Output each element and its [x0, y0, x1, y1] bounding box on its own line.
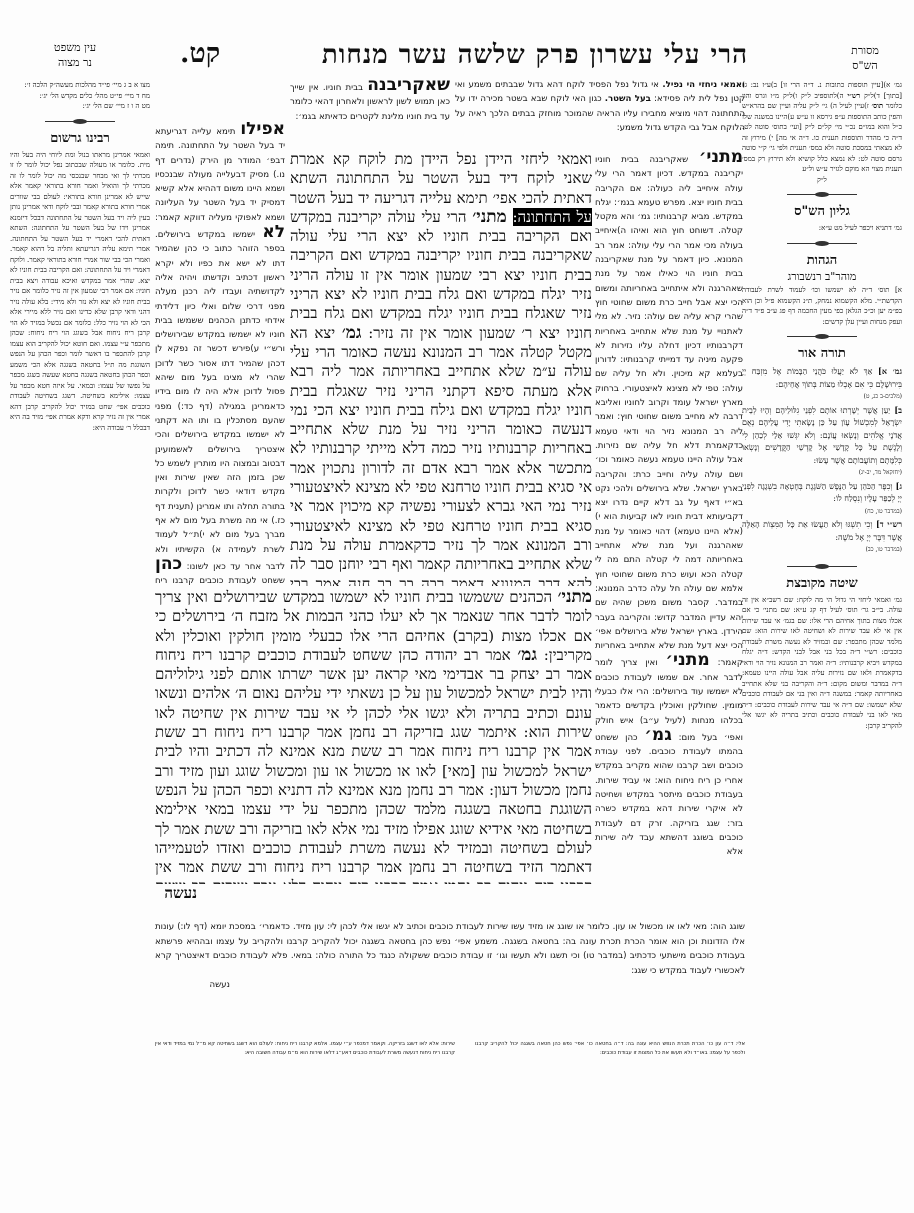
- tosafot-column: אפילו תימא עלייה דגריעתא יד בעל השטר על …: [155, 122, 285, 590]
- torah-or-entry: ב] יַעַן אֲשֶׁר יְשָׁרְתוּ אוֹתָם לִפְנֵ…: [742, 404, 902, 468]
- mesoret-hashas-label: מסורת הש"ס: [830, 43, 900, 73]
- footnote-right: אלי: ד״ה עון כו׳ הכרת תכרת הנפש ההיא עונ…: [475, 1040, 745, 1058]
- page-header: מסורת הש"ס הרי עלי עשרון פרק שלשה עשר מנ…: [0, 0, 914, 72]
- gilyon-hashas-title: גליון הש"ס: [742, 204, 902, 219]
- rashi-top-block: ואמאי ניחזי הי נפיל. אי גדול נפל הפסיד ל…: [455, 78, 745, 153]
- right-margin-column: גמ׳ א)[עיין תוספות כתובות נ. ד״ה הרי זו]…: [742, 80, 902, 731]
- torah-or-title: תורה אור: [742, 346, 902, 361]
- ornament-divider-icon: [787, 563, 857, 570]
- page-title: הרי עלי עשרון פרק שלשה עשר מנחות: [300, 40, 770, 70]
- gemara-tail: נעשה: [155, 884, 592, 906]
- torah-or-list: גמ׳ א] אַךְ לֹא יַעֲלוּ כֹּהֲנֵי הַבָּמו…: [742, 365, 902, 557]
- ein-mishpat-entry: מח ד מיי׳ פי״ט מהל׳ כלים מקדש הל׳ יג׳:: [10, 91, 150, 102]
- ein-mishpat-label: עין משפט נר מצוה: [20, 40, 130, 70]
- mesoret-hashas: גמ׳ א)[עיין תוספות כתובות נ. ד״ה הרי זו]…: [742, 80, 902, 175]
- ornament-divider-icon: [787, 191, 857, 198]
- rabbeinu-gershom-text: ואמאי אמרינן מראתו בנול ומת ליוחי היה בע…: [10, 150, 150, 434]
- rashi-column: מתני׳ שאקריבנה בבית חוניו יקריבנה במקדש.…: [595, 150, 743, 920]
- gemara-wide-block[interactable]: מתני׳ הכהנים ששמשו בבית חוניו לא ישמשו ב…: [155, 588, 592, 884]
- footnote-left: שירות: אלא לאו דשגג בזריקה. וקאמר דמכפר …: [155, 1040, 455, 1058]
- rashi-bottom-band: שוגג הוה: מאי לאו או מכשול או עון. כלומר…: [155, 920, 745, 993]
- torah-or-entry: גמ׳ א] אַךְ לֹא יַעֲלוּ כֹּהֲנֵי הַבָּמו…: [742, 365, 902, 391]
- hagahot-title: הגהות: [742, 253, 902, 268]
- shita-mekubetzet-title: שיטה מקובצת: [742, 576, 902, 591]
- ein-mishpat-entry: מצו א ב ג מיי׳ פי״ד מהלכות מעשה״ק הלכה ז…: [10, 80, 150, 91]
- ornament-divider-icon: [787, 333, 857, 340]
- gilyon-hashas-text: גמ׳ דתניא ויכפר לעיל מט ע״א:: [742, 223, 902, 234]
- left-margin-column: מצו א ב ג מיי׳ פי״ד מהלכות מעשה״ק הלכה ז…: [10, 80, 150, 433]
- ornament-divider-icon: [45, 118, 115, 125]
- shita-mekubetzet-text: גמ׳ ואמאי ליחזי הי גדול הי מה לוקח: שם ר…: [742, 595, 902, 732]
- hagahot-subtitle: מוהר"ב רנשבורג: [742, 272, 902, 283]
- ornament-divider-icon: [787, 240, 857, 247]
- torah-or-entry: רש״י ד] וְכִי תִשְׁגּוּ וְלֹא תַעֲשׂוּ א…: [742, 518, 902, 544]
- page-number: קט.: [180, 38, 220, 69]
- torah-or-entry: ג] וְכִפֶּר הַכֹּהֵן עַל הַנֶּפֶשׁ הַשֹּ…: [742, 480, 902, 506]
- text-selection-highlight[interactable]: על התחתונה:: [513, 208, 593, 226]
- ein-mishpat-entry: מט ה ו ז מיי׳ שם הל׳ יג׳:: [10, 101, 150, 112]
- rabbeinu-gershom-title: רבינו גרשום: [10, 131, 150, 146]
- hagahot-text: א] תוס׳ ד״ה לא ישמשו וכו׳ לעמוד לשרת לעב…: [742, 285, 902, 327]
- tosafot-top-block: שאקריבנה בבית חוניו. אין שייך כאן תמוש ל…: [290, 78, 450, 138]
- gemara-column[interactable]: ואמאי ליחזי היידן נפל היידן מת לוקח קא א…: [290, 150, 592, 586]
